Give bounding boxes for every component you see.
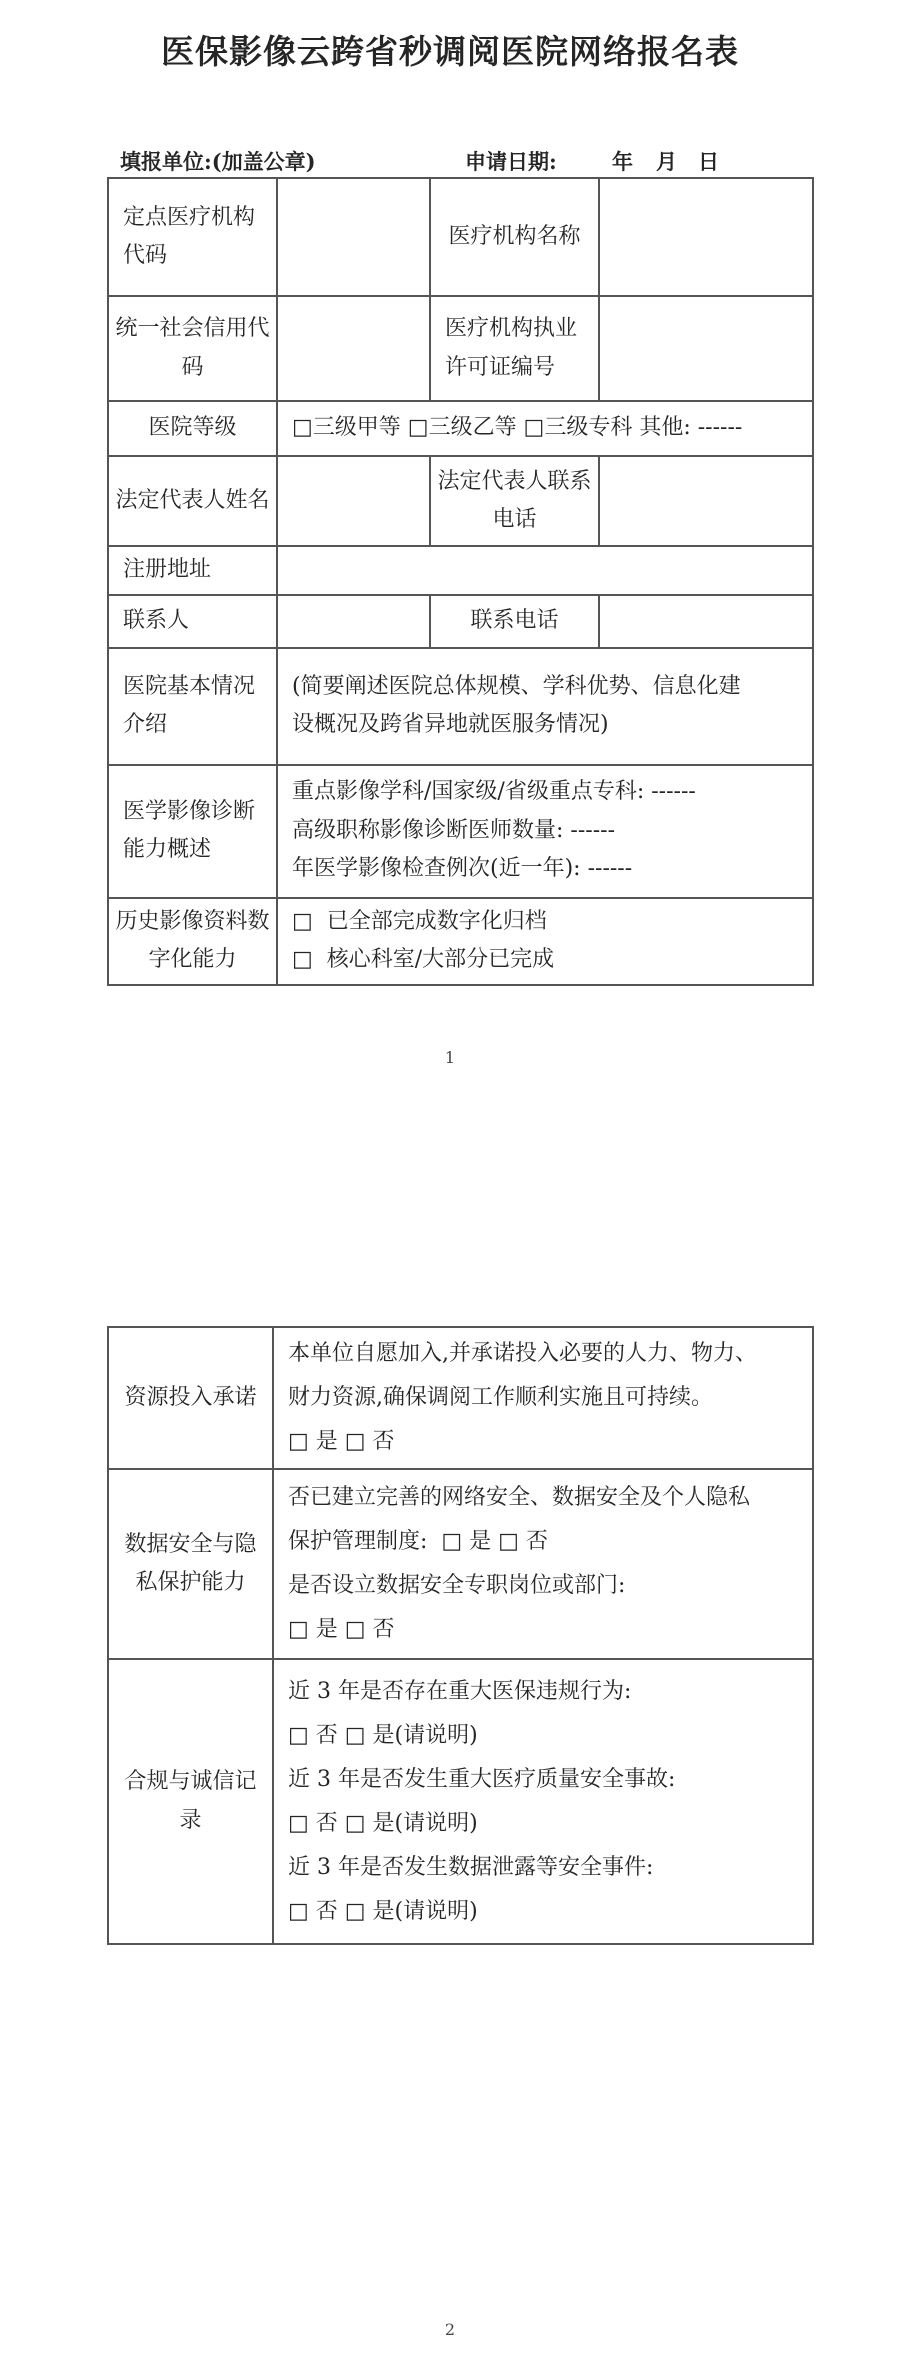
org-name-label-cell: 医疗机构名称 bbox=[430, 178, 599, 296]
hospital-intro-line: (简要阐述医院总体规模、学科优势、信息化建 bbox=[292, 668, 800, 707]
compliance-line: □ 否 □ 是(请说明) bbox=[288, 1890, 800, 1934]
org-name-value-cell bbox=[599, 178, 813, 296]
form-header-line: 填报单位:(加盖公章) 申请日期: 年 月 日 bbox=[107, 146, 812, 178]
page-number-2: 2 bbox=[0, 2320, 900, 2339]
table-row: 医院等级 □三级甲等 □三级乙等 □三级专科 其他: ------ bbox=[108, 401, 813, 456]
compliance-label-cell: 合规与诚信记录 bbox=[108, 1659, 273, 1944]
legal-rep-name-value-cell bbox=[277, 456, 430, 546]
data-security-line: 否已建立完善的网络安全、数据安全及个人隐私 bbox=[288, 1476, 800, 1520]
fill-unit-label: 填报单位:(加盖公章) bbox=[120, 146, 316, 176]
hospital-level-options-cell: □三级甲等 □三级乙等 □三级专科 其他: ------ bbox=[277, 401, 813, 456]
table-row: 统一社会信用代码 医疗机构执业许可证编号 bbox=[108, 296, 813, 401]
contact-value-cell bbox=[277, 595, 430, 648]
day-label: 日 bbox=[698, 146, 719, 176]
table-row: 合规与诚信记录 近 3 年是否存在重大医保违规行为: □ 否 □ 是(请说明) … bbox=[108, 1659, 813, 1944]
commitment-table: 资源投入承诺 本单位自愿加入,并承诺投入必要的人力、物力、 财力资源,确保调阅工… bbox=[107, 1326, 814, 1945]
table-row: 注册地址 bbox=[108, 546, 813, 595]
credit-code-value-cell bbox=[277, 296, 430, 401]
apply-date-label: 申请日期: bbox=[465, 146, 557, 176]
imaging-capability-label-cell: 医学影像诊断能力概述 bbox=[108, 765, 277, 898]
resource-commitment-line: □ 是 □ 否 bbox=[288, 1420, 800, 1464]
form-document: 医保影像云跨省秒调阅医院网络报名表 填报单位:(加盖公章) 申请日期: 年 月 … bbox=[0, 0, 900, 2379]
table-row: 数据安全与隐私保护能力 否已建立完善的网络安全、数据安全及个人隐私 保护管理制度… bbox=[108, 1469, 813, 1659]
data-security-label-cell: 数据安全与隐私保护能力 bbox=[108, 1469, 273, 1659]
compliance-content-cell: 近 3 年是否存在重大医保违规行为: □ 否 □ 是(请说明) 近 3 年是否发… bbox=[273, 1659, 813, 1944]
contact-phone-label-cell: 联系电话 bbox=[430, 595, 599, 648]
hospital-level-label-cell: 医院等级 bbox=[108, 401, 277, 456]
table-row: 医学影像诊断能力概述 重点影像学科/国家级/省级重点专科: ------ 高级职… bbox=[108, 765, 813, 898]
credit-code-label-cell: 统一社会信用代码 bbox=[108, 296, 277, 401]
resource-commitment-line: 本单位自愿加入,并承诺投入必要的人力、物力、 bbox=[288, 1332, 800, 1376]
contact-label-cell: 联系人 bbox=[108, 595, 277, 648]
compliance-line: □ 否 □ 是(请说明) bbox=[288, 1714, 800, 1758]
org-code-value-cell bbox=[277, 178, 430, 296]
imaging-capability-line: 年医学影像检查例次(近一年): ------ bbox=[292, 850, 800, 889]
hospital-intro-label-cell: 医院基本情况介绍 bbox=[108, 648, 277, 765]
data-security-line: □ 是 □ 否 bbox=[288, 1608, 800, 1652]
table-row: 联系人 联系电话 bbox=[108, 595, 813, 648]
legal-rep-name-label-cell: 法定代表人姓名 bbox=[108, 456, 277, 546]
resource-commitment-label-cell: 资源投入承诺 bbox=[108, 1327, 273, 1469]
org-code-label-cell: 定点医疗机构代码 bbox=[108, 178, 277, 296]
table-row: 资源投入承诺 本单位自愿加入,并承诺投入必要的人力、物力、 财力资源,确保调阅工… bbox=[108, 1327, 813, 1469]
table-row: 法定代表人姓名 法定代表人联系电话 bbox=[108, 456, 813, 546]
registered-address-label-cell: 注册地址 bbox=[108, 546, 277, 595]
table-row: 医院基本情况介绍 (简要阐述医院总体规模、学科优势、信息化建 设概况及跨省异地就… bbox=[108, 648, 813, 765]
form-title: 医保影像云跨省秒调阅医院网络报名表 bbox=[0, 26, 900, 73]
hospital-intro-line: 设概况及跨省异地就医服务情况) bbox=[292, 706, 800, 745]
digitization-line: □ 已全部完成数字化归档 bbox=[292, 903, 800, 942]
table-row: 定点医疗机构代码 医疗机构名称 bbox=[108, 178, 813, 296]
hospital-level-options: □三级甲等 □三级乙等 □三级专科 其他: ------ bbox=[292, 409, 800, 448]
registered-address-value-cell bbox=[277, 546, 813, 595]
license-no-value-cell bbox=[599, 296, 813, 401]
legal-rep-phone-label-cell: 法定代表人联系电话 bbox=[430, 456, 599, 546]
imaging-capability-line: 高级职称影像诊断医师数量: ------ bbox=[292, 812, 800, 851]
month-label: 月 bbox=[656, 146, 677, 176]
compliance-line: 近 3 年是否发生数据泄露等安全事件: bbox=[288, 1846, 800, 1890]
compliance-line: 近 3 年是否存在重大医保违规行为: bbox=[288, 1670, 800, 1714]
legal-rep-phone-value-cell bbox=[599, 456, 813, 546]
license-no-label-cell: 医疗机构执业许可证编号 bbox=[430, 296, 599, 401]
data-security-line: 保护管理制度: □ 是 □ 否 bbox=[288, 1520, 800, 1564]
compliance-line: 近 3 年是否发生重大医疗质量安全事故: bbox=[288, 1758, 800, 1802]
hospital-intro-content-cell: (简要阐述医院总体规模、学科优势、信息化建 设概况及跨省异地就医服务情况) bbox=[277, 648, 813, 765]
digitization-label-cell: 历史影像资料数字化能力 bbox=[108, 898, 277, 985]
resource-commitment-content-cell: 本单位自愿加入,并承诺投入必要的人力、物力、 财力资源,确保调阅工作顺利实施且可… bbox=[273, 1327, 813, 1469]
year-label: 年 bbox=[612, 146, 633, 176]
compliance-line: □ 否 □ 是(请说明) bbox=[288, 1802, 800, 1846]
data-security-line: 是否设立数据安全专职岗位或部门: bbox=[288, 1564, 800, 1608]
digitization-content-cell: □ 已全部完成数字化归档 □ 核心科室/大部分已完成 bbox=[277, 898, 813, 985]
imaging-capability-line: 重点影像学科/国家级/省级重点专科: ------ bbox=[292, 773, 800, 812]
hospital-info-table: 定点医疗机构代码 医疗机构名称 统一社会信用代码 医疗机构执业许可证编号 医院等… bbox=[107, 177, 814, 986]
contact-phone-value-cell bbox=[599, 595, 813, 648]
imaging-capability-content-cell: 重点影像学科/国家级/省级重点专科: ------ 高级职称影像诊断医师数量: … bbox=[277, 765, 813, 898]
page-number-1: 1 bbox=[0, 1048, 900, 1067]
resource-commitment-line: 财力资源,确保调阅工作顺利实施且可持续。 bbox=[288, 1376, 800, 1420]
table-row: 历史影像资料数字化能力 □ 已全部完成数字化归档 □ 核心科室/大部分已完成 bbox=[108, 898, 813, 985]
digitization-line: □ 核心科室/大部分已完成 bbox=[292, 941, 800, 980]
data-security-content-cell: 否已建立完善的网络安全、数据安全及个人隐私 保护管理制度: □ 是 □ 否 是否… bbox=[273, 1469, 813, 1659]
